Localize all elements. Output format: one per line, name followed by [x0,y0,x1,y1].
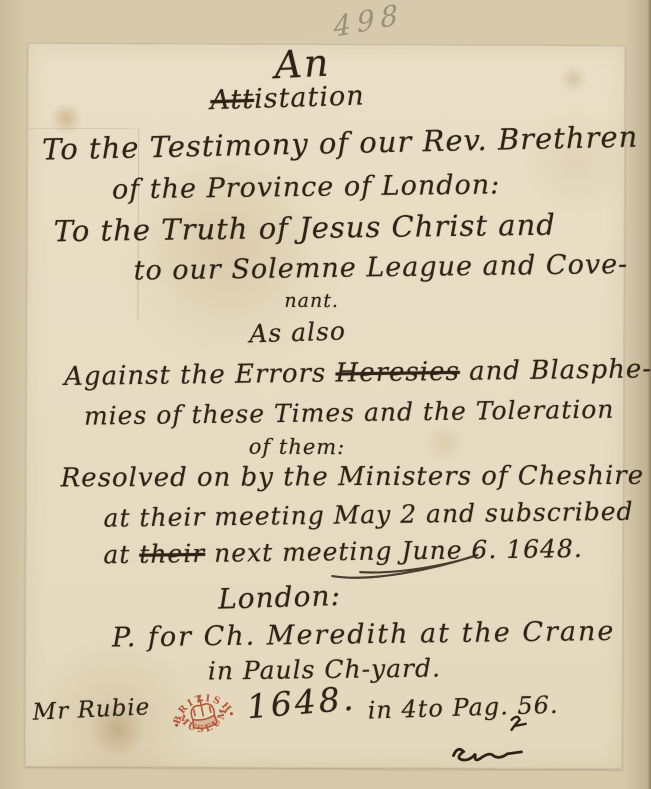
british-museum-stamp-icon: BRITISH MUSEUM [165,678,242,758]
struck-text: Att [210,84,255,116]
title-line-covenant: to our Solemne League and Cove- [133,251,628,284]
title-word-an: An [274,44,332,85]
title-line-meeting-may: at their meeting May 2 and subscribed [103,499,633,531]
imprint-printer: P. for Ch. Meredith at the Crane [112,618,616,652]
title-word-attestation: Attistation [210,82,365,114]
year-annotation: 1648. [246,681,358,723]
title-line-nant: nant. [284,292,339,311]
manuscript-sheet: An Attistation To the Testimony of our R… [24,43,625,770]
title-word-attestation-rest: istation [254,80,365,114]
ink-scribble [449,712,541,770]
struck-text: their [139,539,205,569]
title-line-province: of the Province of London: [112,171,501,203]
text-segment: at [103,540,139,569]
title-line-of-them: of them: [249,437,346,458]
struck-text: Heresies [335,357,460,389]
title-line-resolved: Resolved on by the Ministers of Cheshire [61,463,644,492]
text-segment: Against the Errors [64,358,336,392]
text-segment: and Blasphe- [460,354,651,387]
paper-stain [558,66,588,92]
title-line-as-also: As also [249,318,346,346]
imprint-london: London: [218,582,342,614]
pen-flourish [330,550,482,583]
title-line-toleration: mies of these Times and the Toleration [84,397,615,429]
manuscript-scan-page: { "colors": { "ink": "#2e2317", "stamp_r… [0,0,651,789]
paper-stain [417,425,473,459]
title-line-errors: Against the Errors Heresies and Blasphe- [64,356,651,390]
owner-annotation: Mr Rubie [32,696,151,725]
imprint-location: in Pauls Ch-yard. [208,655,441,683]
folio-number-pencil: 498 [333,0,405,44]
title-line-truth: To the Truth of Jesus Christ and [54,211,556,247]
